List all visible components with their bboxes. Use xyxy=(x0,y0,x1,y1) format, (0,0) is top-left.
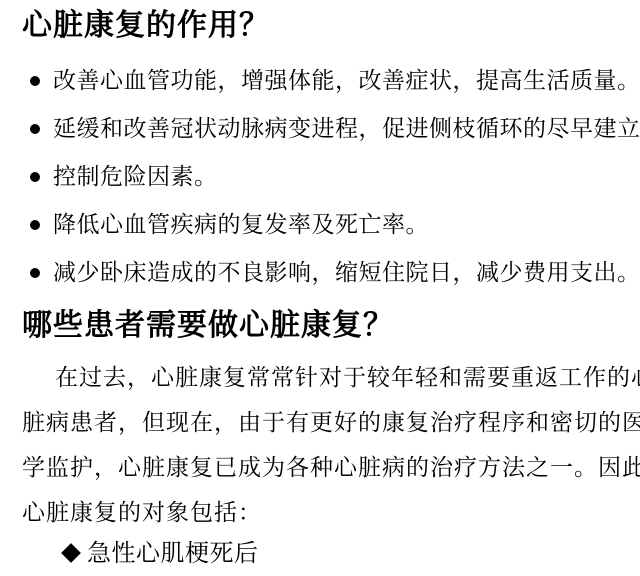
list-item-text: 改善心血管功能，增强体能，改善症状，提高生活质量。 xyxy=(53,68,640,94)
sub-list-item: 急性心肌梗死后 xyxy=(64,540,622,566)
list-item-text: 延缓和改善冠状动脉病变进程，促进侧枝循环的尽早建立。 xyxy=(53,116,640,142)
section1-heading: 心脏康复的作用？ xyxy=(22,8,622,44)
diamond-icon xyxy=(61,543,81,563)
list-item-text: 降低心血管疾病的复发率及死亡率。 xyxy=(53,212,429,238)
paragraph-line: 在过去，心脏康复常常针对于较年轻和需要重返工作的心 xyxy=(22,356,622,401)
paragraph-line: 心脏康复的对象包括： xyxy=(22,491,622,536)
intro-paragraph: 在过去，心脏康复常常针对于较年轻和需要重返工作的心 脏病患者，但现在，由于有更好… xyxy=(22,356,622,536)
list-item: 控制危险因素。 xyxy=(22,164,622,190)
list-item-text: 控制危险因素。 xyxy=(53,164,218,190)
paragraph-line: 学监护，心脏康复已成为各种心脏病的治疗方法之一。因此 xyxy=(22,446,622,491)
paragraph-line: 脏病患者，但现在，由于有更好的康复治疗程序和密切的医 xyxy=(22,401,622,446)
list-item: 改善心血管功能，增强体能，改善症状，提高生活质量。 xyxy=(22,68,622,94)
document-page: 心脏康复的作用？ 改善心血管功能，增强体能，改善症状，提高生活质量。 延缓和改善… xyxy=(0,0,640,576)
list-item: 延缓和改善冠状动脉病变进程，促进侧枝循环的尽早建立。 xyxy=(22,116,622,142)
bullet-icon xyxy=(30,220,40,230)
bullet-icon xyxy=(30,268,40,278)
list-item-text: 减少卧床造成的不良影响，缩短住院日，减少费用支出。 xyxy=(53,260,640,286)
list-item: 降低心血管疾病的复发率及死亡率。 xyxy=(22,212,622,238)
bullet-icon xyxy=(30,124,40,134)
sub-list-item-text: 急性心肌梗死后 xyxy=(87,540,259,566)
section2-heading: 哪些患者需要做心脏康复？ xyxy=(22,308,622,344)
benefits-list: 改善心血管功能，增强体能，改善症状，提高生活质量。 延缓和改善冠状动脉病变进程，… xyxy=(22,68,622,286)
bullet-icon xyxy=(30,172,40,182)
list-item: 减少卧床造成的不良影响，缩短住院日，减少费用支出。 xyxy=(22,260,622,286)
bullet-icon xyxy=(30,76,40,86)
